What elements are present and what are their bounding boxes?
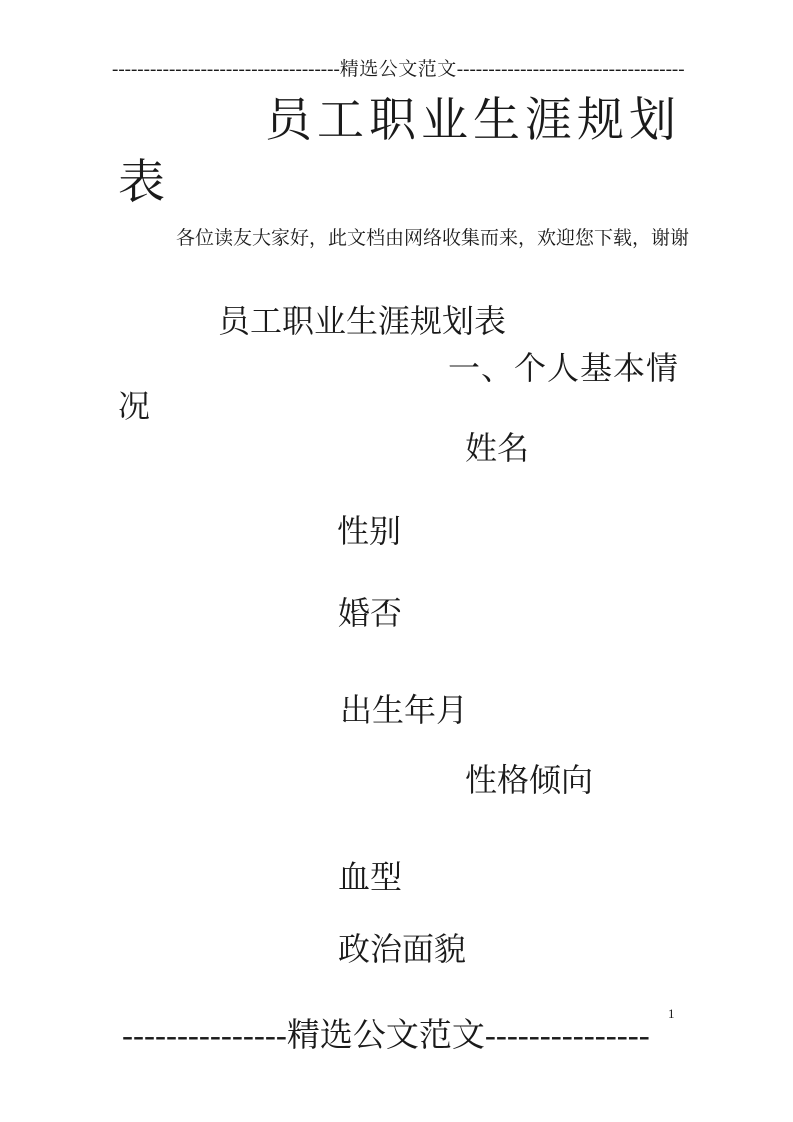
field-name-label: 姓名: [465, 432, 529, 464]
field-personality-label: 性格倾向: [465, 764, 593, 796]
header-watermark-label: 精选公文范文: [340, 59, 457, 80]
greeting-subtitle: 各位读友大家好，此文档由网络收集而来，欢迎您下载，谢谢: [176, 229, 689, 248]
footer-dashes-left: ---------------: [122, 1018, 287, 1054]
footer-watermark-label: 精选公文范文: [287, 1018, 485, 1054]
field-marital-status-label: 婚否: [338, 597, 402, 629]
header-dashes-right: ------------------------------------: [457, 59, 685, 80]
header-rule: ------------------------------------精选公文…: [112, 60, 685, 79]
field-political-status-label: 政治面貌: [338, 933, 466, 965]
document-page: ------------------------------------精选公文…: [0, 0, 793, 1122]
document-title-line-1: 员工职业生涯规划: [265, 98, 681, 145]
body-heading: 员工职业生涯规划表: [218, 305, 506, 337]
section-heading-line-2: 况: [118, 390, 150, 422]
document-title-line-2: 表: [118, 160, 170, 207]
field-blood-type-label: 血型: [338, 861, 402, 893]
field-gender-label: 性别: [337, 515, 401, 547]
header-dashes-left: ------------------------------------: [112, 59, 340, 80]
section-heading-line-1: 一、个人基本情: [448, 352, 679, 384]
field-birth-date-label: 出生年月: [340, 694, 468, 726]
footer-rule: ---------------精选公文范文---------------: [122, 1020, 650, 1053]
page-number: 1: [668, 1007, 675, 1020]
footer-dashes-right: ---------------: [485, 1018, 650, 1054]
